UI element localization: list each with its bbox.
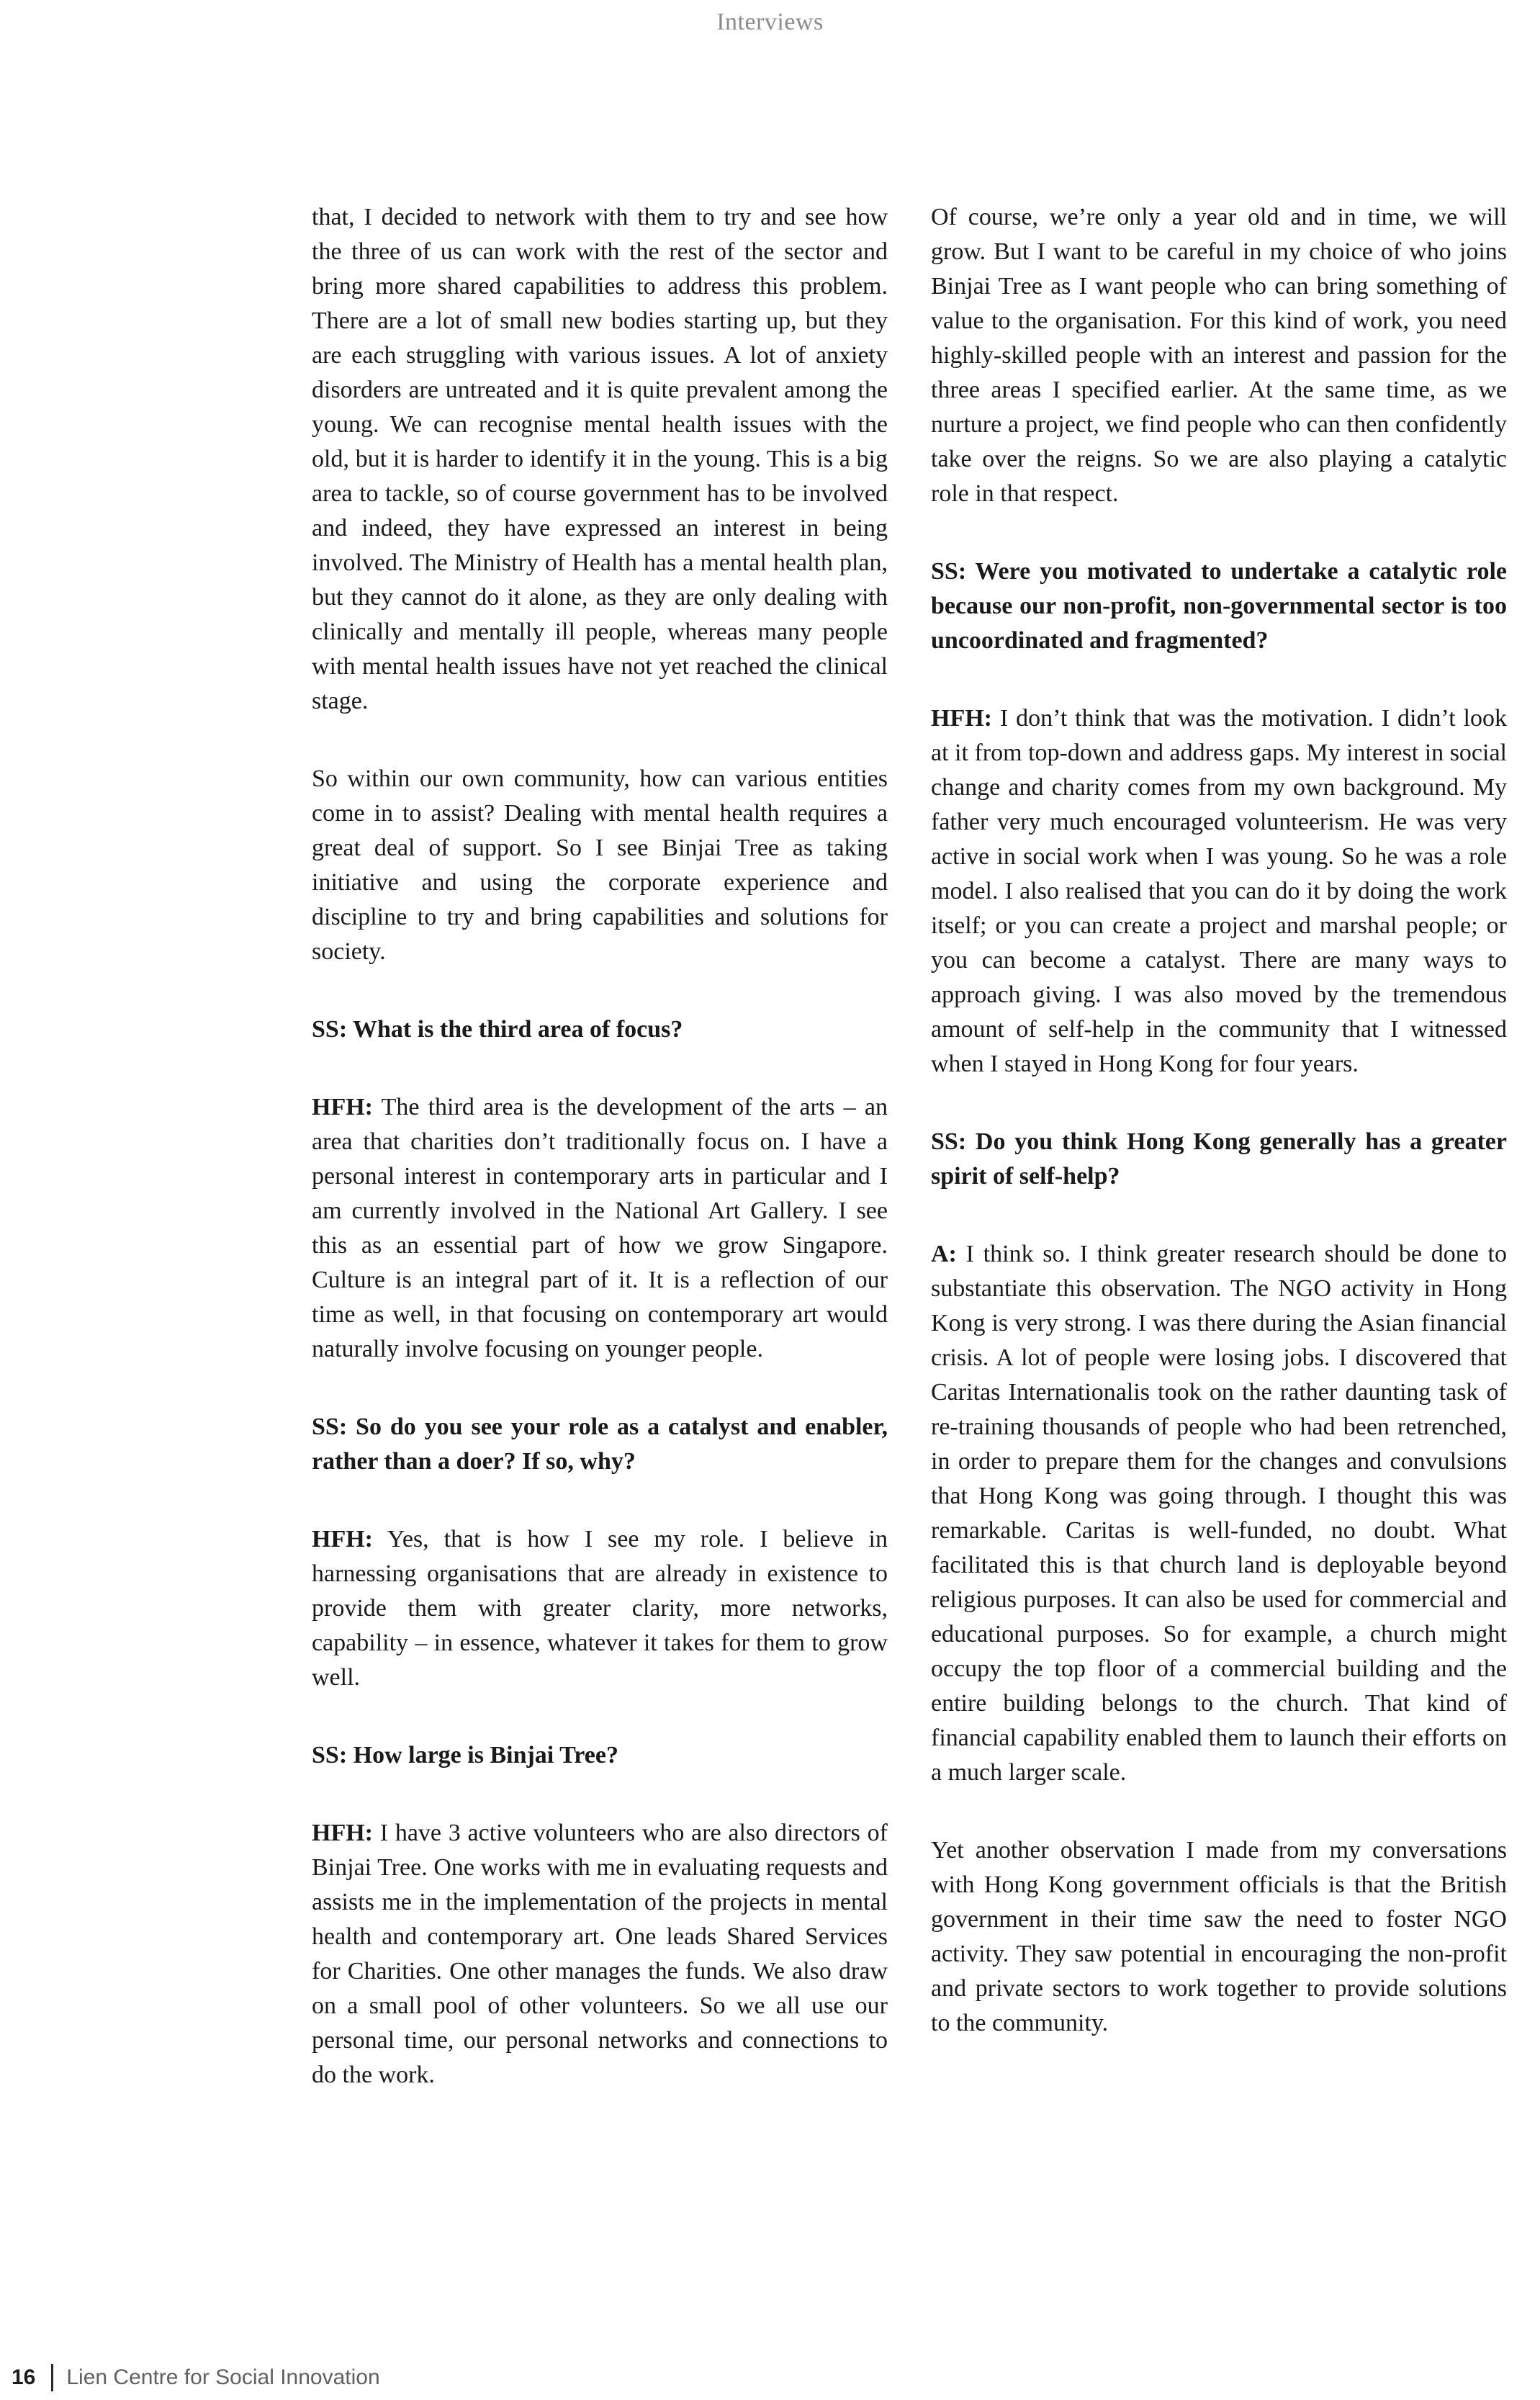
speaker-label: HFH: (312, 1094, 373, 1120)
column-left: that, I decided to network with them to … (312, 200, 888, 2136)
paragraph: HFH: I don’t think that was the motivati… (931, 701, 1507, 1082)
page-body: that, I decided to network with them to … (312, 200, 1507, 2136)
paragraph-text: I don’t think that was the motivation. I… (931, 705, 1507, 1077)
speaker-label: HFH: (312, 1526, 373, 1552)
paragraph: A: I think so. I think greater research … (931, 1237, 1507, 1790)
column-right: Of course, we’re only a year old and in … (931, 200, 1507, 2136)
page-header-title: Interviews (0, 9, 1540, 36)
speaker-label: HFH: (931, 705, 992, 732)
page: Interviews that, I decided to network wi… (0, 0, 1540, 2400)
paragraph: that, I decided to network with them to … (312, 200, 888, 719)
paragraph-text: I have 3 active volunteers who are also … (312, 1820, 888, 2088)
paragraph: Of course, we’re only a year old and in … (931, 200, 1507, 511)
page-number: 16 (12, 2365, 35, 2390)
question-heading: SS: Do you think Hong Kong generally has… (931, 1125, 1507, 1194)
paragraph-text: So within our own community, how can var… (312, 765, 888, 965)
paragraph: So within our own community, how can var… (312, 762, 888, 969)
paragraph-text: Of course, we’re only a year old and in … (931, 204, 1507, 507)
paragraph-text: Yet another observation I made from my c… (931, 1837, 1507, 2036)
paragraph: Yet another observation I made from my c… (931, 1833, 1507, 2041)
question-heading: SS: How large is Binjai Tree? (312, 1738, 888, 1773)
speaker-label: A: (931, 1241, 957, 1267)
footer-divider (51, 2364, 53, 2391)
question-heading: SS: What is the third area of focus? (312, 1012, 888, 1047)
paragraph-text: Yes, that is how I see my role. I believ… (312, 1526, 888, 1691)
speaker-label: HFH: (312, 1820, 373, 1846)
paragraph-text: The third area is the development of the… (312, 1094, 888, 1362)
question-heading: SS: So do you see your role as a catalys… (312, 1410, 888, 1479)
page-footer: 16 Lien Centre for Social Innovation (12, 2364, 380, 2391)
paragraph: HFH: Yes, that is how I see my role. I b… (312, 1522, 888, 1695)
publication-name: Lien Centre for Social Innovation (66, 2365, 379, 2390)
paragraph-text: that, I decided to network with them to … (312, 204, 888, 714)
paragraph: HFH: The third area is the development o… (312, 1090, 888, 1367)
question-heading: SS: Were you motivated to undertake a ca… (931, 554, 1507, 658)
paragraph: HFH: I have 3 active volunteers who are … (312, 1816, 888, 2093)
paragraph-text: I think so. I think greater research sho… (931, 1241, 1507, 1786)
